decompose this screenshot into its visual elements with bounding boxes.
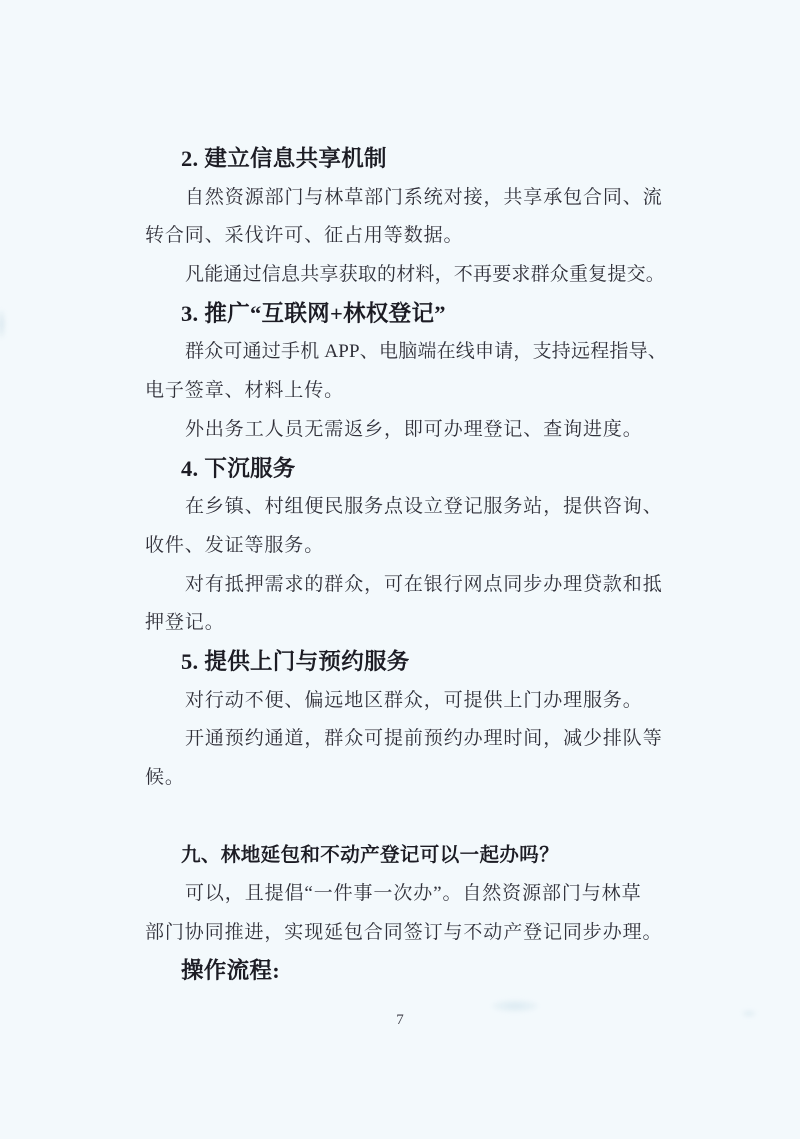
paragraph-line: 对行动不便、偏远地区群众，可提供上门办理服务。 xyxy=(145,682,665,721)
paragraph-line: 候。 xyxy=(145,759,665,798)
paragraph-line: 收件、发证等服务。 xyxy=(145,527,665,566)
paragraph-line: 电子签章、材料上传。 xyxy=(145,372,665,411)
paragraph-line: 自然资源部门与林草部门系统对接，共享承包合同、流 xyxy=(145,179,665,218)
document-content: 2. 建立信息共享机制 自然资源部门与林草部门系统对接，共享承包合同、流 转合同… xyxy=(145,140,665,991)
blank-line xyxy=(145,798,665,837)
heading-internet-plus-forest-rights: 3. 推广“互联网+林权登记” xyxy=(145,295,665,334)
heading-operation-flow: 操作流程: xyxy=(145,952,665,991)
paragraph-line: 可以，且提倡“一件事一次办”。自然资源部门与林草 xyxy=(145,875,665,914)
heading-q9-combined-handling: 九、林地延包和不动产登记可以一起办吗？ xyxy=(145,836,665,875)
heading-sink-services: 4. 下沉服务 xyxy=(145,450,665,489)
paragraph-line: 凡能通过信息共享获取的材料，不再要求群众重复提交。 xyxy=(145,256,665,295)
paragraph-line: 对有抵押需求的群众，可在银行网点同步办理贷款和抵 xyxy=(145,566,665,605)
paragraph-line: 开通预约通道，群众可提前预约办理时间，减少排队等 xyxy=(145,720,665,759)
paragraph-line: 在乡镇、村组便民服务点设立登记服务站，提供咨询、 xyxy=(145,488,665,527)
paragraph-line: 押登记。 xyxy=(145,604,665,643)
document-page: 2. 建立信息共享机制 自然资源部门与林草部门系统对接，共享承包合同、流 转合同… xyxy=(0,0,800,1139)
paragraph-line: 群众可通过手机 APP、电脑端在线申请，支持远程指导、 xyxy=(145,333,665,372)
paragraph-line: 转合同、采伐许可、征占用等数据。 xyxy=(145,217,665,256)
heading-door-to-door-appointment: 5. 提供上门与预约服务 xyxy=(145,643,665,682)
paragraph-line: 部门协同推进，实现延包合同签订与不动产登记同步办理。 xyxy=(145,914,665,953)
heading-info-sharing: 2. 建立信息共享机制 xyxy=(145,140,665,179)
paragraph-line: 外出务工人员无需返乡，即可办理登记、查询进度。 xyxy=(145,411,665,450)
scan-smudge xyxy=(0,310,5,338)
page-number: 7 xyxy=(0,1012,800,1029)
scan-smudge xyxy=(492,1000,538,1012)
